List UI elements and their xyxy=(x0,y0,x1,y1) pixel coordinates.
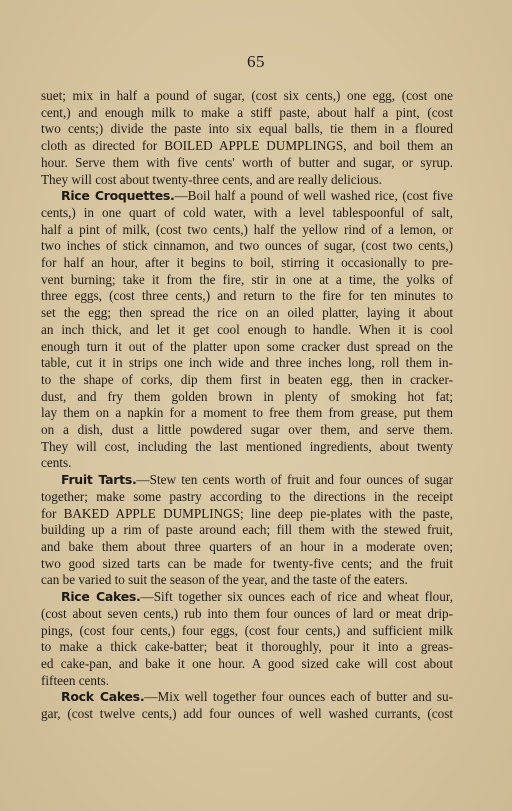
page-number: 65 xyxy=(0,52,512,72)
paragraph-rice-cakes: Rice Cakes.—Sift together six ounces eac… xyxy=(41,589,453,689)
text-line: ed cake-pan, and bake it one hour. A goo… xyxy=(41,656,453,673)
text-line: on a dish, dust a little powdered sugar … xyxy=(41,422,453,439)
recipe-heading: Fruit Tarts. xyxy=(61,472,136,487)
text-line: Rice Cakes.—Sift together six ounces eac… xyxy=(41,589,453,606)
text-fragment: —Stew ten cents worth of fruit and four … xyxy=(136,472,453,487)
text-line: lay them on a napkin for a moment to fre… xyxy=(41,405,453,422)
paragraph-suet-dumplings: suet; mix in half a pound of sugar, (cos… xyxy=(41,88,453,188)
text-line: can be varied to suit the season of the … xyxy=(41,572,453,589)
text-line: hour. Serve them with five cents' worth … xyxy=(41,155,453,172)
text-line: table, cut it in strips one inch wide an… xyxy=(41,355,453,372)
paragraph-rice-croquettes: Rice Croquettes.—Boil half a pound of we… xyxy=(41,188,453,472)
text-line: two inches of stick cinnamon, and two ou… xyxy=(41,238,453,255)
text-line: suet; mix in half a pound of sugar, (cos… xyxy=(41,88,453,105)
page-body: suet; mix in half a pound of sugar, (cos… xyxy=(41,88,453,723)
recipe-heading: Rice Croquettes. xyxy=(61,188,174,203)
text-line: set the egg; then spread the rice on an … xyxy=(41,305,453,322)
text-line: together; make some pastry according to … xyxy=(41,489,453,506)
text-line: to make a thick cake-batter; beat it tho… xyxy=(41,639,453,656)
text-line: building up a rim of paste around each; … xyxy=(41,522,453,539)
text-line: dust, and fry them golden brown in plent… xyxy=(41,389,453,406)
paragraph-fruit-tarts: Fruit Tarts.—Stew ten cents worth of fru… xyxy=(41,472,453,589)
text-line: cents. xyxy=(41,455,453,472)
text-line: two good sized tarts can be made for twe… xyxy=(41,556,453,573)
text-line: two cents;) divide the paste into six eq… xyxy=(41,121,453,138)
text-fragment: —Boil half a pound of well washed rice, … xyxy=(174,188,453,203)
text-line: to the shape of corks, dip them first in… xyxy=(41,372,453,389)
text-line: Fruit Tarts.—Stew ten cents worth of fru… xyxy=(41,472,453,489)
text-line: Rice Croquettes.—Boil half a pound of we… xyxy=(41,188,453,205)
text-line: (cost about seven cents,) rub into them … xyxy=(41,606,453,623)
text-line: gar, (cost twelve cents,) add four ounce… xyxy=(41,706,453,723)
text-line: cents,) in one quart of cold water, with… xyxy=(41,205,453,222)
text-line: cloth as directed for BOILED APPLE DUMPL… xyxy=(41,138,453,155)
text-line: for BAKED APPLE DUMPLINGS; line deep pie… xyxy=(41,506,453,523)
recipe-heading: Rice Cakes. xyxy=(61,589,141,604)
text-line: Rock Cakes.—Mix well together four ounce… xyxy=(41,689,453,706)
text-fragment: —Sift together six ounces each of rice a… xyxy=(141,589,454,604)
text-line: for half an hour, after it begins to boi… xyxy=(41,255,453,272)
text-line: enough turn it out of the platter upon s… xyxy=(41,339,453,356)
text-line: and bake them about three quarters of an… xyxy=(41,539,453,556)
text-line: vent burning; take it from the fire, sti… xyxy=(41,272,453,289)
recipe-heading: Rock Cakes. xyxy=(61,689,144,704)
text-line: an inch thick, and let it get cool enoug… xyxy=(41,322,453,339)
text-line: pings, (cost four cents,) four eggs, (co… xyxy=(41,623,453,640)
paragraph-rock-cakes: Rock Cakes.—Mix well together four ounce… xyxy=(41,689,453,722)
text-fragment: —Mix well together four ounces each of b… xyxy=(144,689,453,704)
text-line: half a pint of milk, (cost two cents,) h… xyxy=(41,222,453,239)
text-line: fifteen cents. xyxy=(41,673,453,690)
text-line: three eggs, (cost three cents,) and retu… xyxy=(41,288,453,305)
text-line: They will cost about twenty-three cents,… xyxy=(41,172,453,189)
text-line: They will cost, including the last menti… xyxy=(41,439,453,456)
text-line: cent,) and enough milk to make a stiff p… xyxy=(41,105,453,122)
